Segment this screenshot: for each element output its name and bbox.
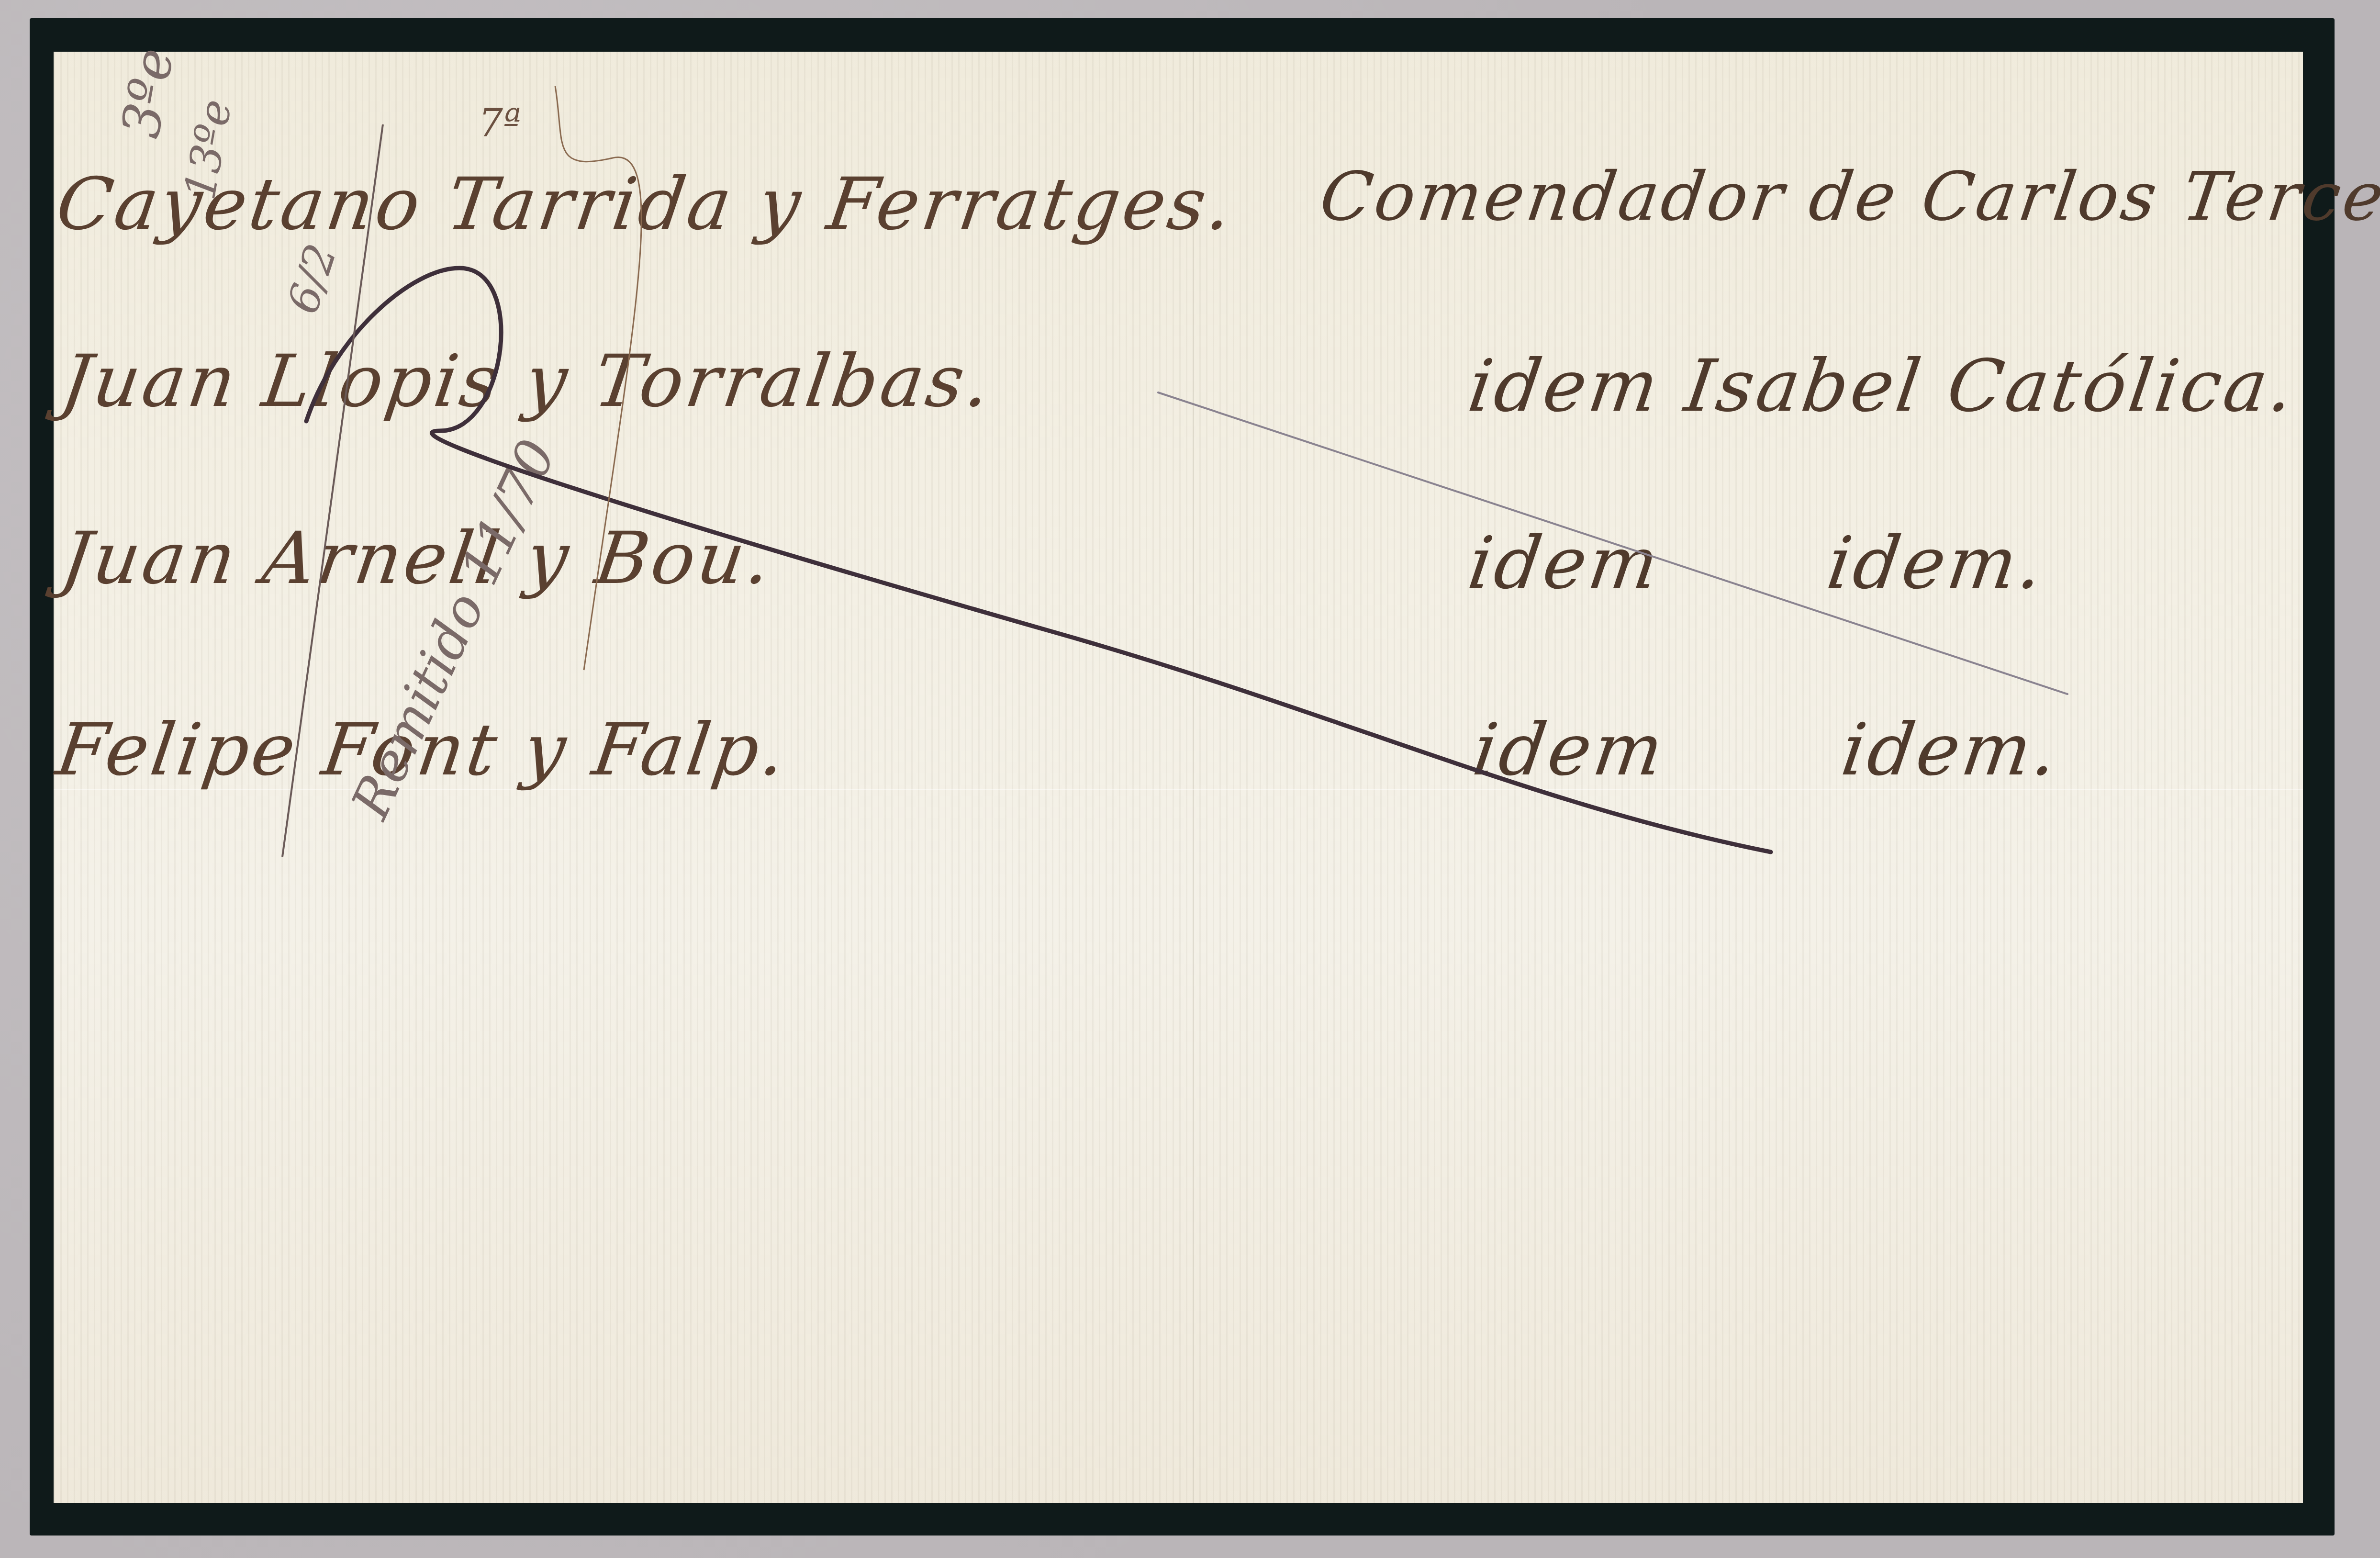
entry-2-distinction: idem Isabel Católica.: [1464, 345, 2302, 428]
entry-3-distinction-col2: idem.: [1822, 522, 2051, 605]
vertical-fold-line: [1193, 52, 1194, 1503]
margin-note-upper-mark: 7ª: [479, 101, 521, 145]
entry-4-distinction-col2: idem.: [1837, 708, 2065, 792]
entry-2-name: Juan Llopis y Torralbas.: [56, 340, 998, 423]
entry-4-distinction-col1: idem: [1468, 708, 1671, 792]
entry-1-distinction: Comendador de Carlos Tercero.: [1316, 158, 2380, 236]
entry-1-name: Cayetano Tarrida y Ferratges.: [52, 163, 1240, 246]
entry-3-name: Juan Arnell y Bou.: [56, 517, 779, 600]
entry-3-distinction-col1: idem: [1464, 522, 1666, 605]
